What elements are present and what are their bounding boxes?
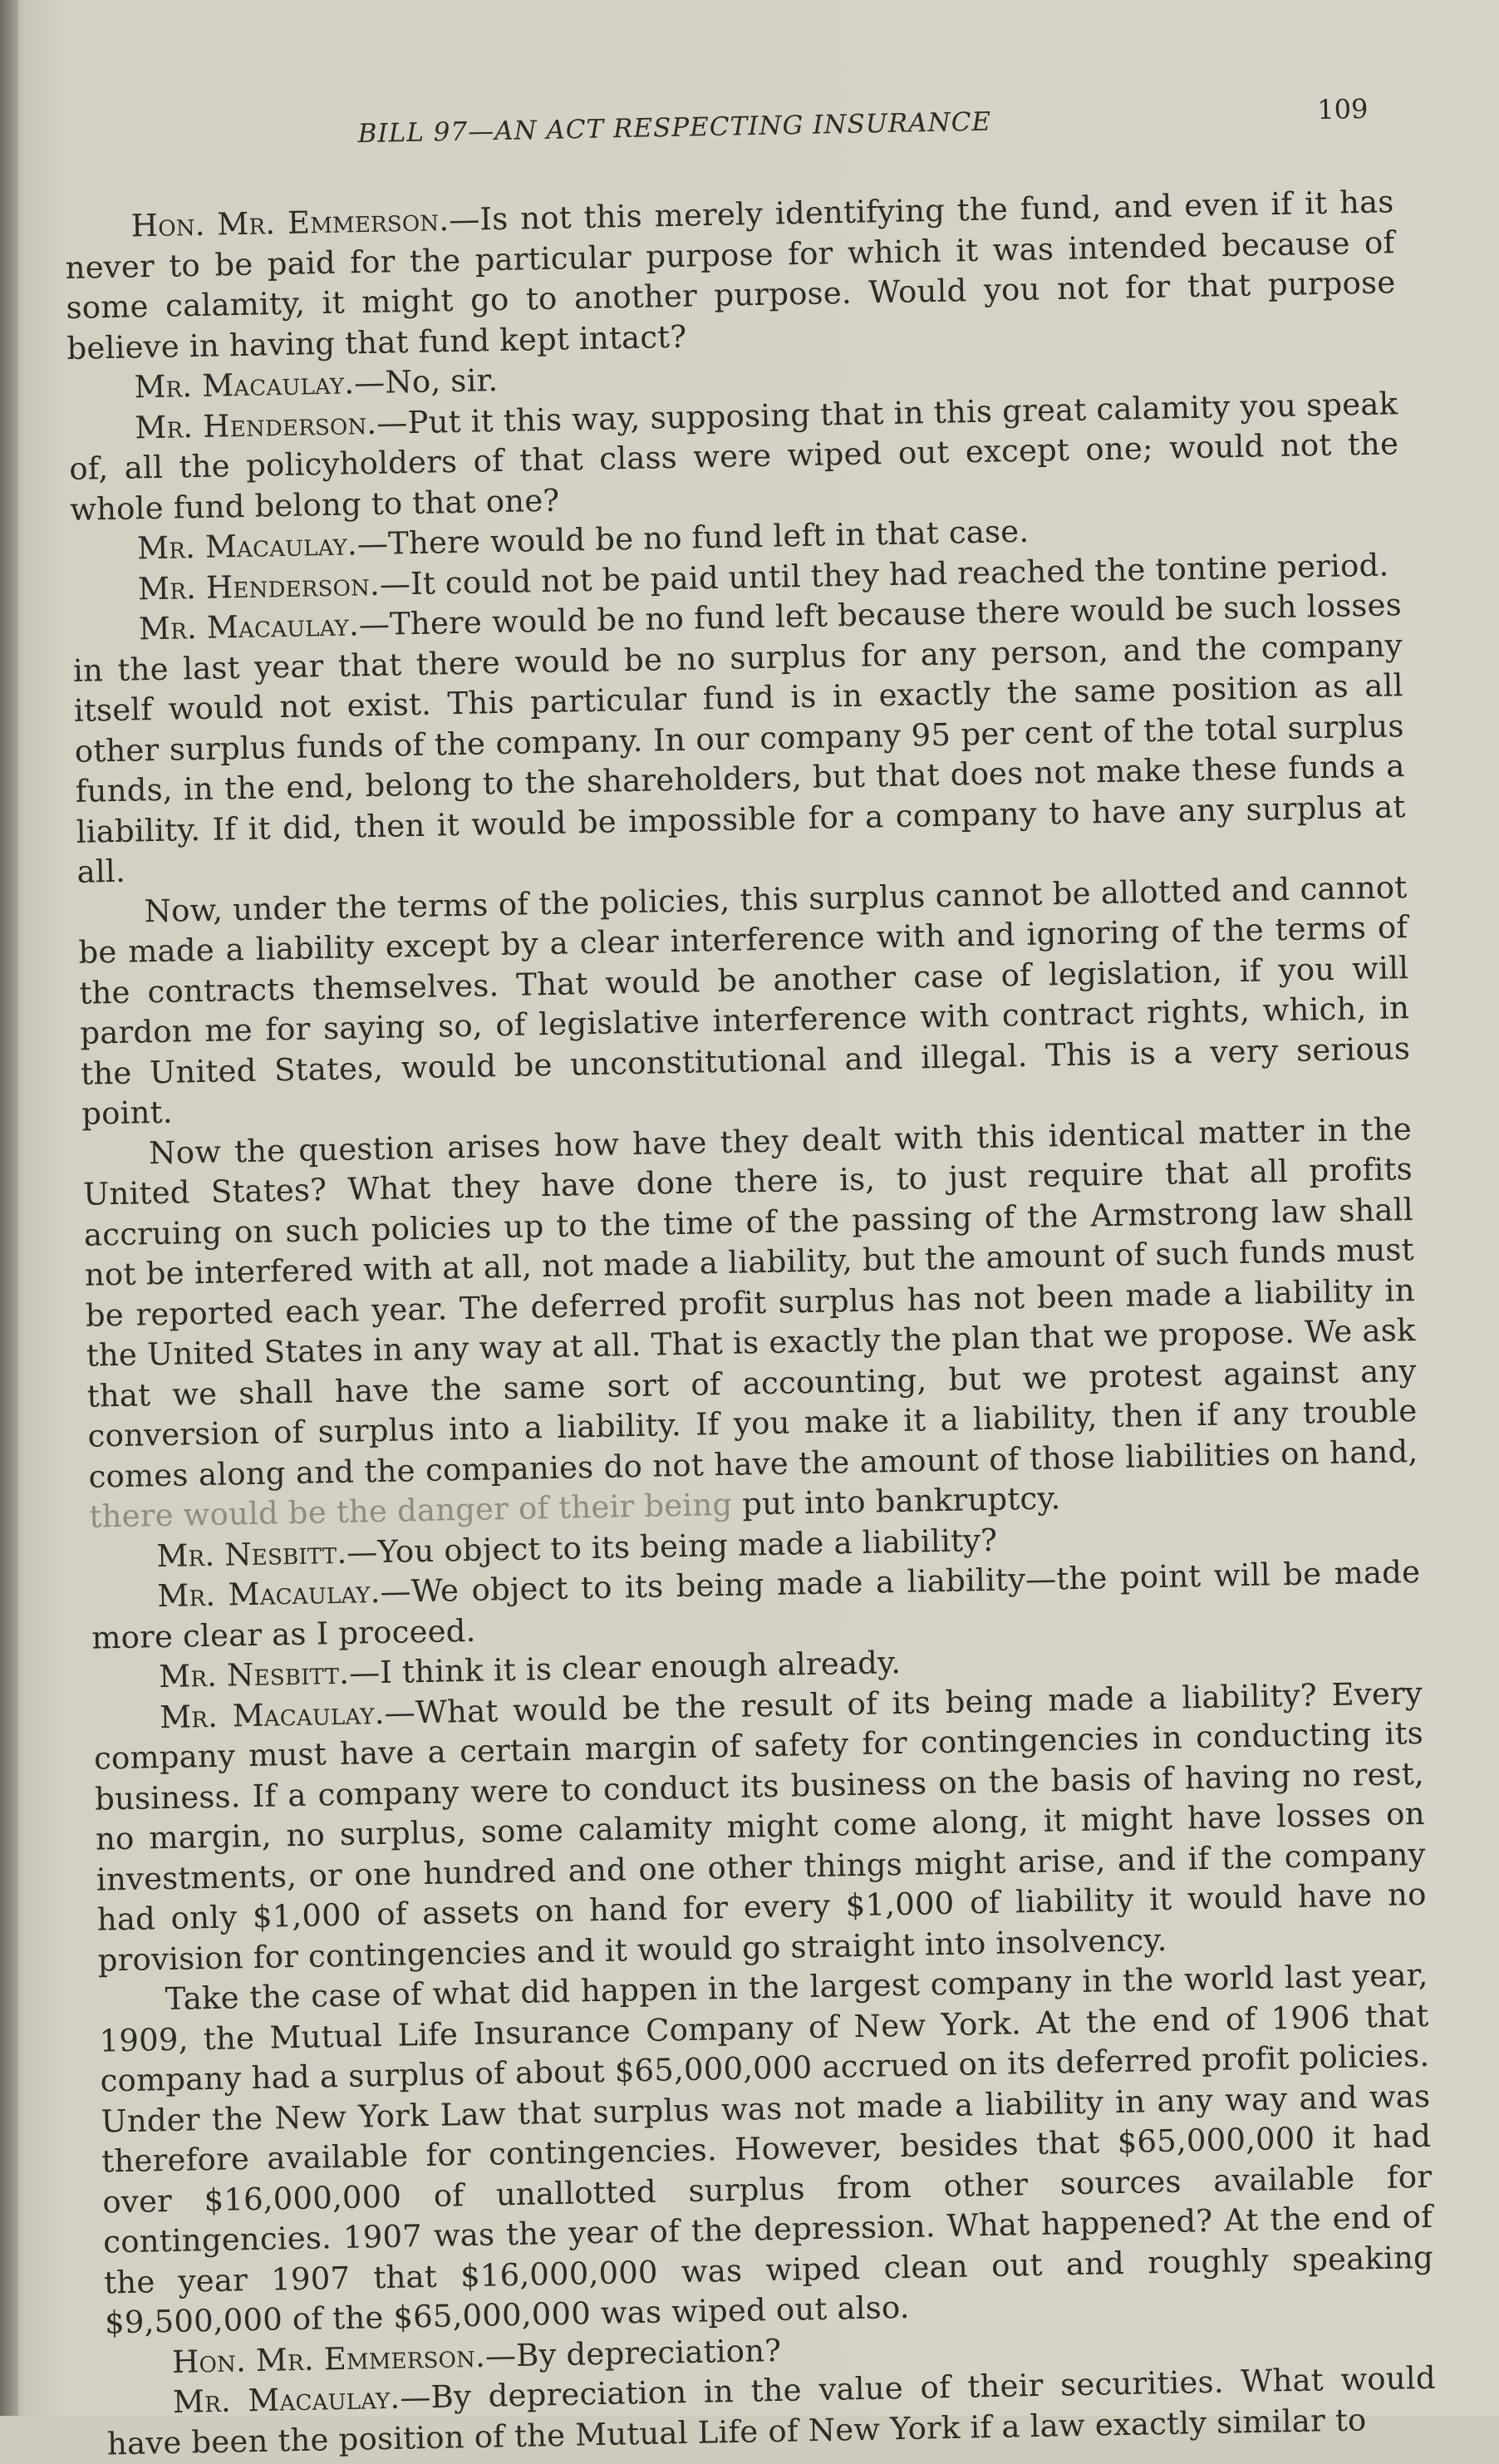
paragraph-text: —I think it is clear enough already. bbox=[349, 1645, 902, 1691]
paragraph-text: Take the case of what did happen in the … bbox=[99, 1957, 1433, 2341]
speaker-name: Mr. Nesbitt. bbox=[156, 1534, 347, 1573]
paragraph: Take the case of what did happen in the … bbox=[98, 1955, 1434, 2344]
paragraph: Now, under the terms of the policies, th… bbox=[77, 868, 1411, 1135]
speaker-name: Mr. Henderson. bbox=[138, 566, 381, 607]
speaker-name: Mr. Macaulay. bbox=[173, 2380, 401, 2416]
speaker-name: Mr. Macaulay. bbox=[134, 365, 355, 405]
paragraph-text-tail: put into bankruptcy. bbox=[732, 1480, 1061, 1522]
book-spine-shadow bbox=[0, 0, 18, 2416]
speaker-name: Mr. Henderson. bbox=[135, 405, 377, 445]
paragraph-text: Now, under the terms of the policies, th… bbox=[78, 869, 1410, 1132]
speaker-name: Hon. Mr. Emmerson. bbox=[130, 202, 449, 243]
page-number: 109 bbox=[1317, 93, 1369, 125]
paragraph-text: —No, sir. bbox=[354, 362, 499, 401]
running-head: BILL 97—AN ACT RESPECTING INSURANCE bbox=[357, 107, 991, 150]
paragraph-text: Now the question arises how have they de… bbox=[83, 1111, 1418, 1495]
paragraph: Mr. Macaulay.—There would be no fund lef… bbox=[72, 585, 1407, 893]
speaker-name: Mr. Nesbitt. bbox=[159, 1655, 350, 1694]
paragraph: Hon. Mr. Emmerson.—Is not this merely id… bbox=[64, 182, 1396, 369]
speaker-name: Mr. Macaulay. bbox=[157, 1574, 381, 1614]
speaker-name: Mr. Macaulay. bbox=[139, 607, 360, 647]
page-content: BILL 97—AN ACT RESPECTING INSURANCE 109 … bbox=[62, 82, 1437, 2416]
speaker-name: Mr. Macaulay. bbox=[160, 1694, 385, 1734]
speaker-name: Hon. Mr. Emmerson. bbox=[172, 2338, 486, 2379]
paragraph: Now the question arises how have they de… bbox=[82, 1109, 1419, 1538]
speaker-name: Mr. Macaulay. bbox=[137, 526, 358, 566]
scanned-page: BILL 97—AN ACT RESPECTING INSURANCE 109 … bbox=[0, 0, 1499, 2416]
paragraph: Mr. Macaulay.—What would be the result o… bbox=[93, 1673, 1428, 1980]
paragraph-text: —By depreciation? bbox=[484, 2332, 781, 2373]
